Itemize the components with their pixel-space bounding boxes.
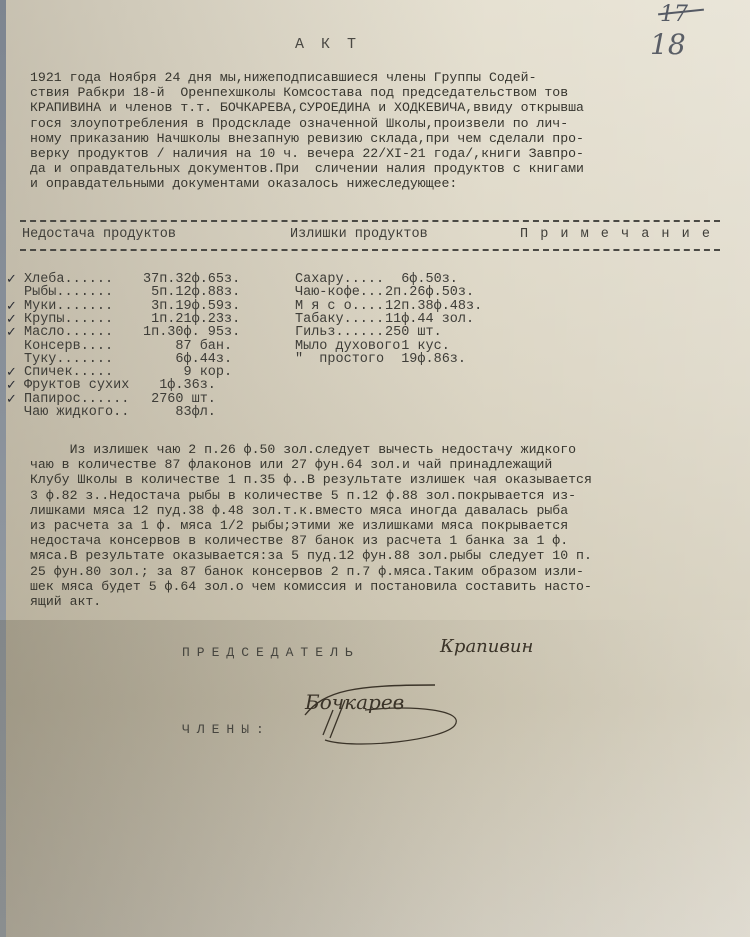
text-line: и оправдательными документами оказалось …	[30, 176, 730, 191]
row-item: Спичек.....	[24, 366, 113, 379]
row-item: Чаю-кофе...	[295, 286, 384, 299]
row-item: Табаку.....	[295, 313, 384, 326]
row-item: Муки.......	[24, 300, 113, 313]
body-paragraph: Из излишек чаю 2 п.26 ф.50 зол.следует в…	[30, 442, 730, 609]
table-rule-top	[20, 220, 720, 222]
row-amount: 12п.38ф.48з.	[385, 300, 482, 313]
members-label: ЧЛЕНЫ:	[182, 722, 271, 737]
text-line: ствия Рабкри 18-й Оренпехшколы Комсостав…	[30, 85, 730, 100]
row-amount: 5п.12ф.88з.	[143, 286, 240, 299]
text-line: Клубу Школы в количестве 1 п.35 ф..В рез…	[30, 472, 730, 487]
row-amount: 2760 шт.	[143, 393, 216, 406]
row-item: Сахару.....	[295, 273, 384, 286]
text-line: лишками мяса 12 пуд.38 ф.48 зол.т.к.вмес…	[30, 503, 730, 518]
member-signature: Бочкарев	[305, 690, 404, 714]
row-item: Рыбы.......	[24, 286, 113, 299]
text-line: гося злоупотребления в Продскладе означе…	[30, 116, 730, 131]
row-amount: 83фл.	[143, 406, 216, 419]
check-mark-icon: ✓	[6, 392, 17, 407]
intro-paragraph: 1921 года Ноября 24 дня мы,нижеподписавш…	[30, 70, 730, 192]
row-item: М я с о....	[295, 300, 384, 313]
text-line: мяса.В результате оказывается:за 5 пуд.1…	[30, 548, 730, 563]
text-line: 25 фун.80 зол.; за 87 банок консервов 2 …	[30, 564, 730, 579]
row-amount: 6ф.50з.	[385, 273, 458, 286]
row-amount: 3п.19ф.59з.	[143, 300, 240, 313]
text-line: да и оправдательных документов.При сличе…	[30, 161, 730, 176]
row-item: Хлеба......	[24, 273, 113, 286]
row-item: Консерв....	[24, 340, 113, 353]
text-line: чаю в количестве 87 флаконов или 27 фун.…	[30, 457, 730, 472]
table-rule-bottom	[20, 249, 720, 251]
text-line: 3 ф.82 з..Недостача рыбы в количестве 5 …	[30, 488, 730, 503]
row-amount: 11ф.44 зол.	[385, 313, 474, 326]
text-line: 1921 года Ноября 24 дня мы,нижеподписавш…	[30, 70, 730, 85]
text-line: верку продуктов / наличия на 10 ч. вечер…	[30, 146, 730, 161]
row-item: Масло......	[24, 326, 113, 339]
text-line: ному приказанию Начшколы внезапную ревиз…	[30, 131, 730, 146]
row-item: " простого	[295, 353, 384, 366]
text-line: ящий акт.	[30, 594, 730, 609]
row-amount: 9 кор.	[143, 366, 232, 379]
text-line: из расчета за 1 ф. мяса 1/2 рыбы;этими ж…	[30, 518, 730, 533]
document-title: АКТ	[295, 36, 373, 53]
row-amount: 1п.30ф. 95з.	[143, 326, 240, 339]
row-amount: 6ф.44з.	[143, 353, 232, 366]
header-shortage: Недостача продуктов	[22, 227, 176, 242]
row-amount: 2п.26ф.50з.	[385, 286, 474, 299]
chairman-signature: Крапивин	[440, 636, 533, 657]
row-item: Чаю жидкого..	[24, 406, 129, 419]
text-line: недостача консервов в количестве 87 бано…	[30, 533, 730, 548]
row-amount: 1ф.36з.	[143, 379, 216, 392]
text-line: Из излишек чаю 2 п.26 ф.50 зол.следует в…	[30, 442, 730, 457]
row-item: Папирос......	[24, 393, 129, 406]
check-mark-icon: ✓	[6, 325, 17, 340]
row-item: Фруктов сухих	[24, 379, 129, 392]
paper-shadow	[0, 620, 750, 937]
row-amount: 1 кус.	[385, 340, 450, 353]
row-amount: 19ф.86з.	[385, 353, 466, 366]
text-line: КРАПИВИНА и членов т.т. БОЧКАРЕВА,СУРОЕД…	[30, 100, 730, 115]
row-amount: 1п.21ф.23з.	[143, 313, 240, 326]
header-surplus: Излишки продуктов	[290, 227, 428, 242]
header-note: П р и м е ч а н и е	[520, 227, 712, 242]
row-amount: 250 шт.	[385, 326, 442, 339]
page-edge	[0, 0, 6, 937]
row-amount: 37п.32ф.65з.	[143, 273, 240, 286]
check-mark-icon: ✓	[6, 272, 17, 287]
row-item: Крупы......	[24, 313, 113, 326]
row-amount: 87 бан.	[143, 340, 232, 353]
row-item: Гильз......	[295, 326, 384, 339]
chairman-label: ПРЕДСЕДАТЕЛЬ	[182, 645, 360, 660]
text-line: шек мяса будет 5 ф.64 зол.о чем комиссия…	[30, 579, 730, 594]
row-item: Туку.......	[24, 353, 113, 366]
folio-number-new: 18	[650, 28, 686, 61]
